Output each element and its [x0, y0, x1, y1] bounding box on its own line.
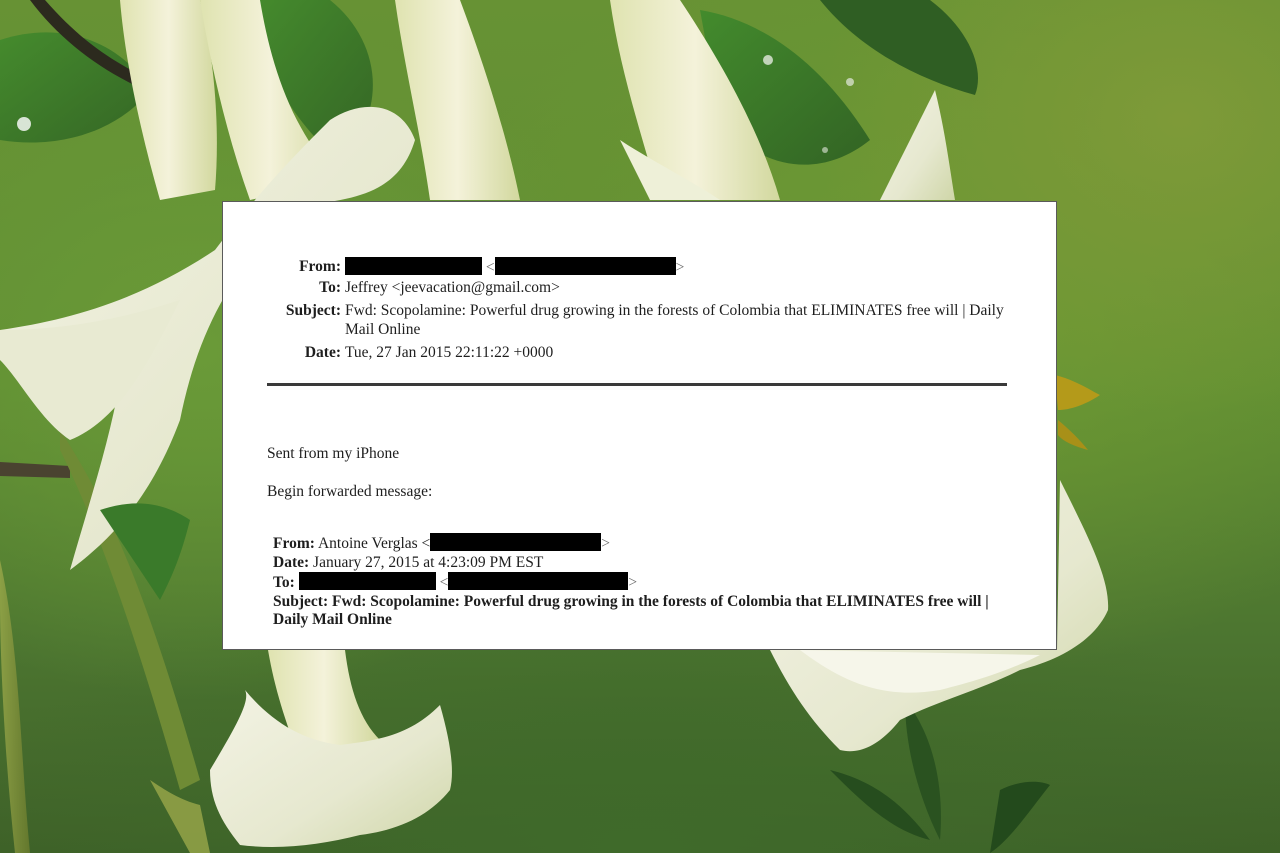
- open-bracket: <: [486, 259, 495, 276]
- email-document: From: <> To: Jeffrey <jeevacation@gmail.…: [222, 201, 1057, 650]
- redacted-sender-address: [495, 257, 676, 275]
- header-subject-label: Subject:: [223, 301, 345, 320]
- header-from-row: From: <>: [223, 257, 684, 277]
- redacted-fwd-to-name: [299, 572, 436, 590]
- fwd-from-value: Antoine Verglas <: [318, 535, 430, 552]
- fwd-date-label: Date:: [273, 554, 309, 571]
- header-subject-value: Fwd: Scopolamine: Powerful drug growing …: [345, 301, 1005, 339]
- redacted-fwd-to-address: [448, 572, 628, 590]
- header-date-row: Date: Tue, 27 Jan 2015 22:11:22 +0000: [223, 343, 553, 362]
- header-date-label: Date:: [223, 343, 345, 362]
- close-bracket: >: [676, 259, 685, 276]
- header-from-value: <>: [345, 257, 684, 277]
- fwd-date-row: Date: January 27, 2015 at 4:23:09 PM EST: [273, 554, 1013, 573]
- fwd-to-row: To: <>: [273, 572, 1013, 593]
- redacted-sender-name: [345, 257, 482, 275]
- forwarded-message-header: From: Antoine Verglas <> Date: January 2…: [273, 533, 1013, 630]
- header-divider: [267, 383, 1007, 386]
- fwd-from-close-bracket: >: [601, 535, 610, 552]
- forward-intro-text: Begin forwarded message:: [267, 482, 432, 501]
- header-subject-row: Subject: Fwd: Scopolamine: Powerful drug…: [223, 301, 1013, 339]
- fwd-subject-label: Subject:: [273, 593, 328, 610]
- header-to-row: To: Jeffrey <jeevacation@gmail.com>: [223, 278, 560, 297]
- header-date-value: Tue, 27 Jan 2015 22:11:22 +0000: [345, 343, 553, 362]
- fwd-subject-row: Subject: Fwd: Scopolamine: Powerful drug…: [273, 593, 1003, 630]
- header-from-label: From:: [223, 257, 345, 276]
- fwd-date-value: January 27, 2015 at 4:23:09 PM EST: [313, 554, 543, 571]
- fwd-to-open-bracket: <: [440, 574, 449, 591]
- fwd-subject-value: Fwd: Scopolamine: Powerful drug growing …: [273, 593, 989, 629]
- fwd-to-close-bracket: >: [628, 574, 637, 591]
- header-to-label: To:: [223, 278, 345, 297]
- fwd-from-label: From:: [273, 535, 315, 552]
- signature-text: Sent from my iPhone: [267, 444, 399, 463]
- fwd-from-row: From: Antoine Verglas <>: [273, 533, 1013, 554]
- redacted-fwd-from-address: [430, 533, 601, 551]
- fwd-to-label: To:: [273, 574, 295, 591]
- header-to-value: Jeffrey <jeevacation@gmail.com>: [345, 278, 560, 297]
